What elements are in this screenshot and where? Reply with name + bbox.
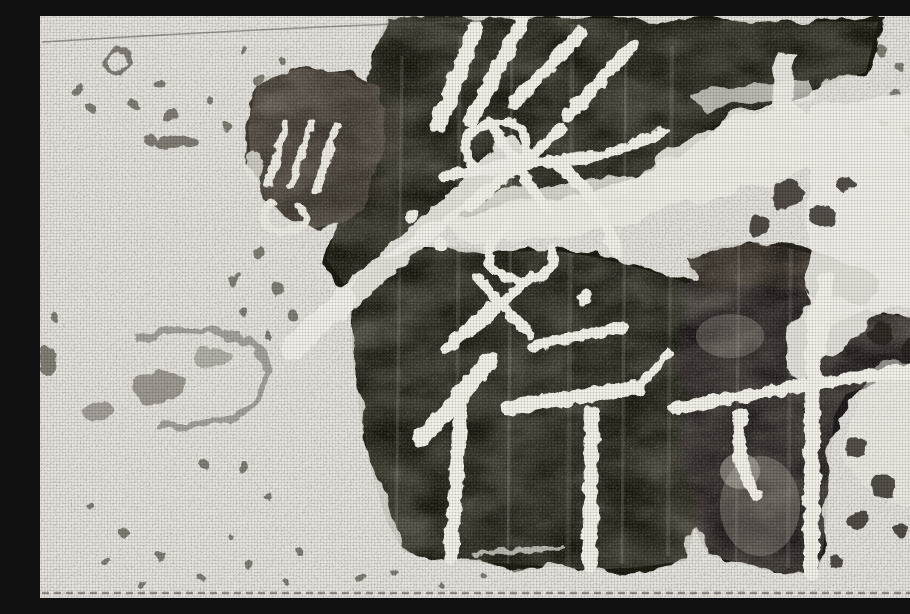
rubbing-image	[40, 16, 910, 598]
glyph-shi-vertical	[811, 312, 815, 572]
glyph-xing-right-vertical	[589, 414, 591, 565]
stone-rubbing-photo	[40, 16, 910, 598]
